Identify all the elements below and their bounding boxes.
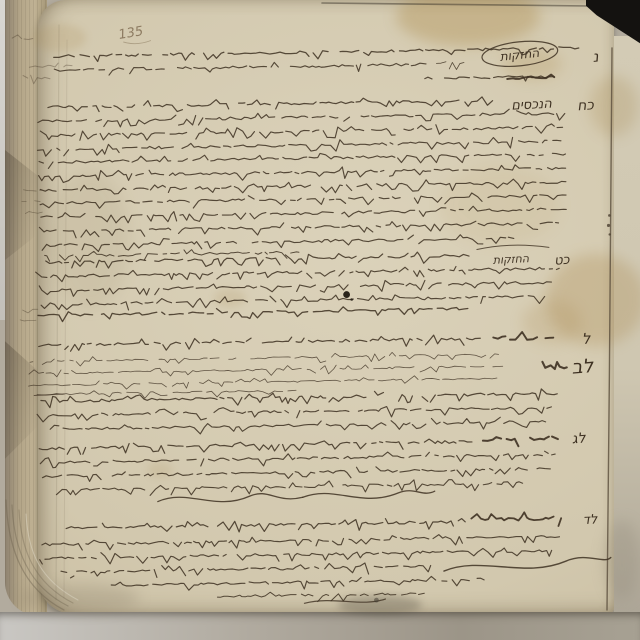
handwriting-line <box>54 60 426 76</box>
handwriting-line <box>40 449 555 469</box>
handwriting-line <box>471 512 561 528</box>
swash-1 <box>158 493 303 503</box>
stain <box>20 584 140 612</box>
margin-numeral-top: נ <box>592 47 600 66</box>
margin-numeral-32: לב <box>571 355 596 379</box>
section-word-hachazakot: החזקות <box>493 252 531 267</box>
handwriting-line <box>25 211 42 213</box>
handwriting-line <box>50 417 546 437</box>
handwriting-line <box>37 403 551 423</box>
margin-numeral-30: ל <box>581 330 591 348</box>
handwriting-line <box>436 62 464 70</box>
handwriting-line <box>111 576 484 592</box>
handwriting-line <box>39 334 481 352</box>
handwriting-line <box>22 201 40 202</box>
stain <box>34 24 86 52</box>
handwriting-line <box>28 375 497 391</box>
handwriting-line <box>23 309 38 313</box>
handwriting-line <box>24 189 42 191</box>
handwriting-line <box>41 292 545 312</box>
handwriting-line <box>30 350 499 367</box>
stain <box>604 520 640 600</box>
gutter-crease <box>56 25 59 600</box>
handwriting-line <box>36 532 559 551</box>
stain <box>214 289 246 307</box>
margin-numeral-28: כח <box>577 97 595 114</box>
handwriting-line <box>39 438 472 455</box>
handwriting-line <box>26 362 503 379</box>
handwriting-line <box>56 478 522 497</box>
stain <box>590 76 638 136</box>
edge-speck <box>607 224 610 227</box>
swash-3 <box>444 557 611 571</box>
handwriting-line <box>66 517 465 535</box>
margin-numeral-33: לג <box>571 430 587 447</box>
handwriting-line <box>39 95 493 113</box>
handwriting-line <box>533 361 567 369</box>
handwriting-line <box>37 136 561 156</box>
handwriting-line <box>61 561 431 579</box>
stain-group <box>20 0 640 615</box>
stain <box>338 595 422 615</box>
ink-blot <box>343 291 350 298</box>
ink-layer: 135נהחזקותכחהנכסיםכטהחזקותללבלגלד <box>0 0 640 640</box>
swash-2 <box>303 490 435 499</box>
handwriting-line <box>41 388 557 408</box>
handwriting-line <box>38 305 468 322</box>
stain <box>396 0 540 46</box>
margin-numeral-29: כט <box>554 253 570 269</box>
manuscript-photo: 135נהחזקותכחהנכסיםכטהחזקותללבלגלד <box>0 0 640 640</box>
handwriting-line <box>38 108 565 128</box>
handwriting-line <box>40 546 552 566</box>
handwriting-line <box>483 436 558 447</box>
overline-mark <box>477 245 549 250</box>
handwriting-line <box>40 123 562 143</box>
handwriting-line <box>29 63 72 68</box>
folio-number-pencil: 135 <box>117 24 144 43</box>
handwriting-line <box>42 464 550 483</box>
opening-word-hanekhasim: הנכסים <box>511 97 553 114</box>
margin-numeral-34: לד <box>582 512 598 528</box>
stain <box>440 165 560 245</box>
handwriting-line <box>23 75 50 84</box>
ink-speck <box>350 298 353 301</box>
handwriting-line <box>20 320 36 321</box>
handwriting-line <box>12 35 33 40</box>
